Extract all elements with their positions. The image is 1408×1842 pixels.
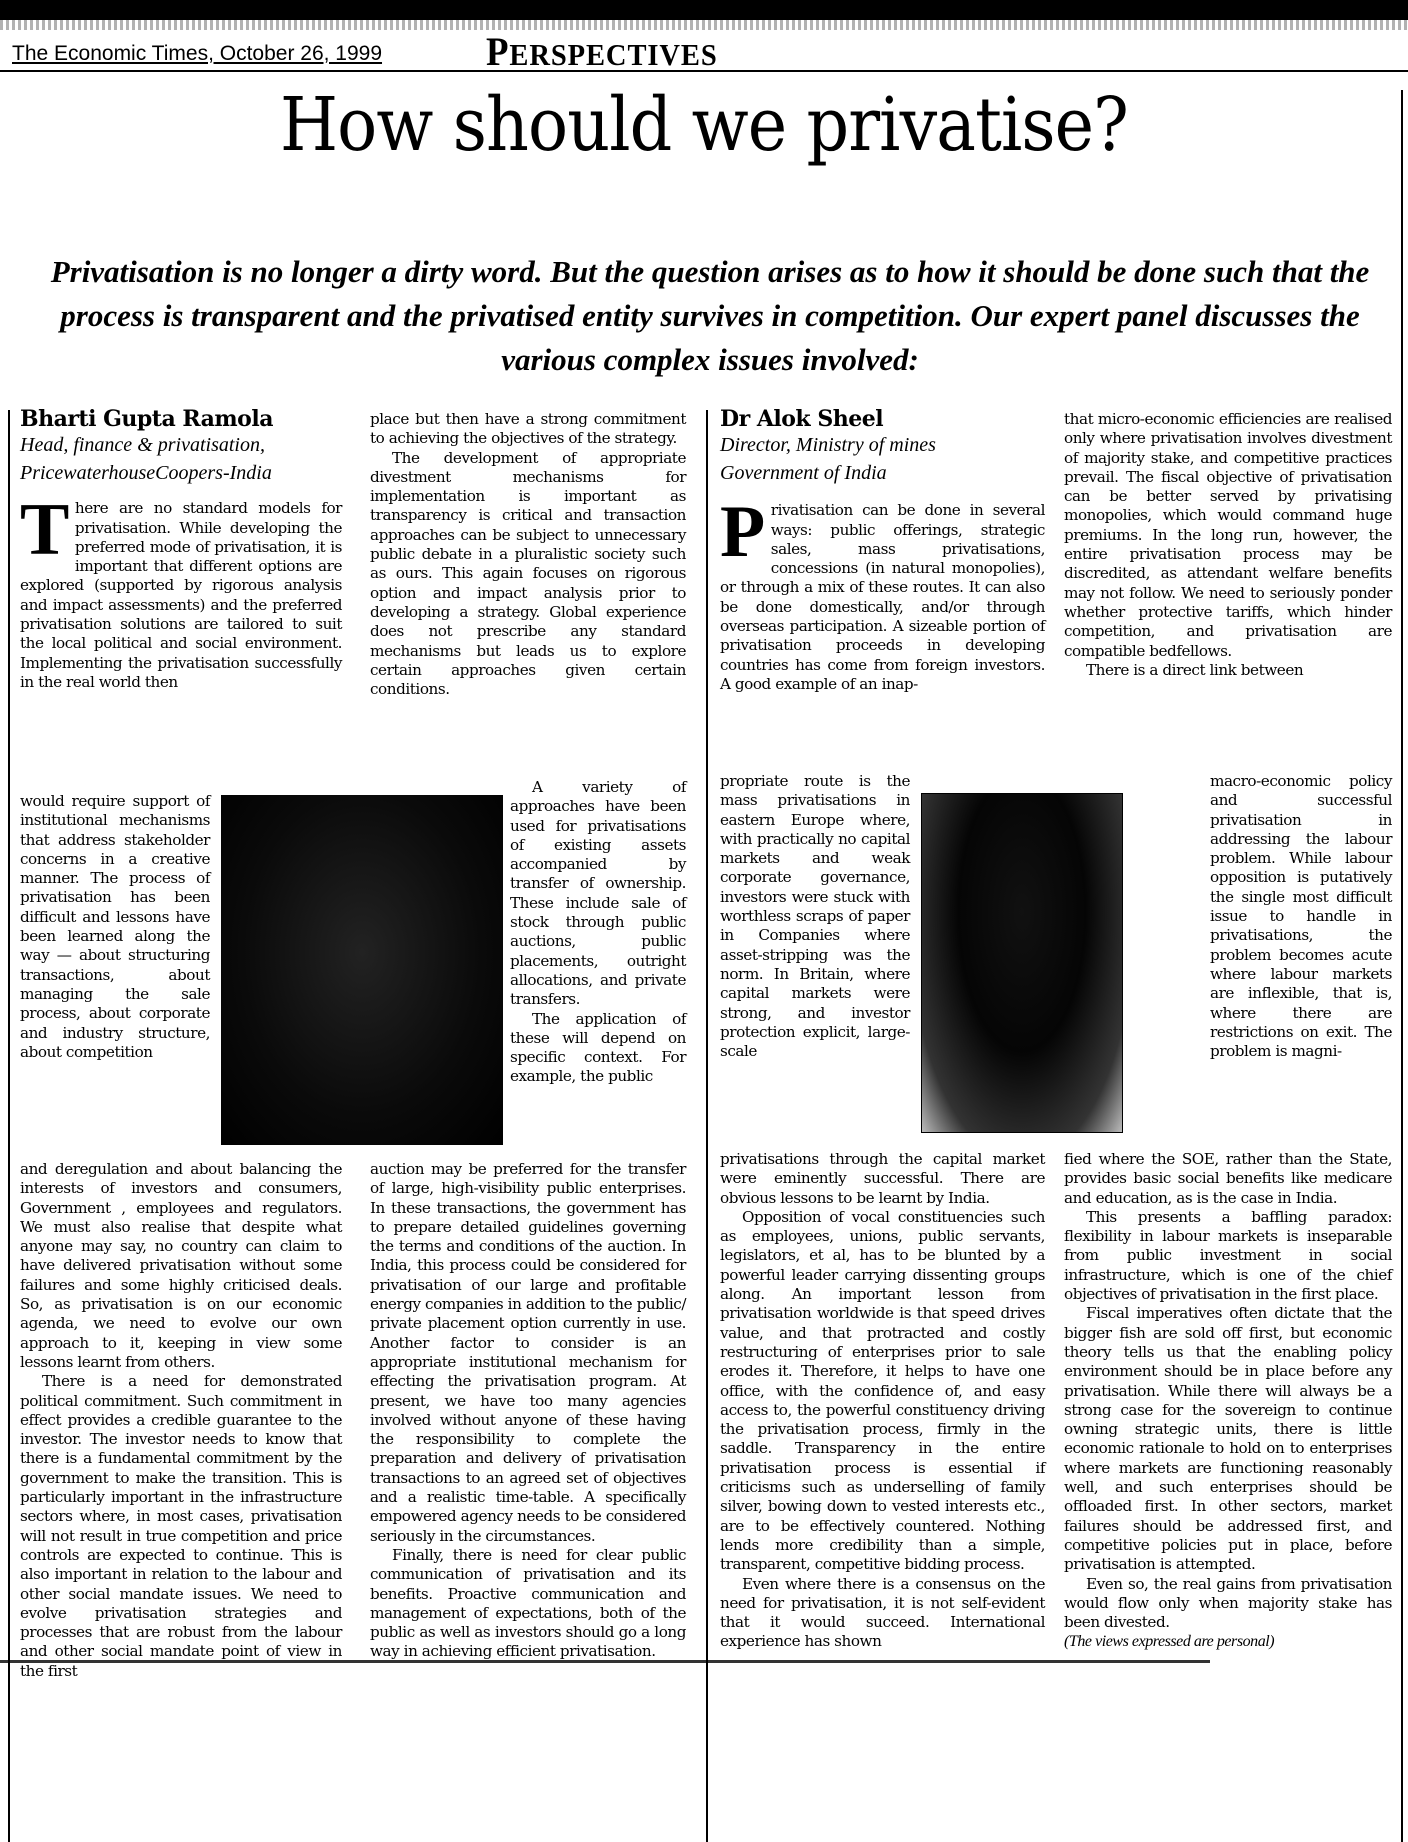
article-paragraph: A variety of approaches have been used f… <box>510 778 686 1010</box>
author-photo-alok-sheel <box>921 793 1123 1133</box>
article-paragraph: auction may be preferred for the transfe… <box>370 1160 686 1546</box>
article2-column4-wrap: macro-economic policy and successful pri… <box>1210 772 1392 1061</box>
article-paragraph: There is a need for demonstrated politic… <box>20 1372 342 1681</box>
author-disclaimer: (The views expressed are personal) <box>1064 1632 1392 1651</box>
author-affiliation: PricewaterhouseCoopers-India <box>20 459 342 487</box>
right-border-rule <box>1401 90 1403 1842</box>
article1-column2-bottom: auction may be preferred for the transfe… <box>370 1160 686 1662</box>
section-title-initial: P <box>486 29 509 74</box>
top-border-bar <box>0 0 1408 20</box>
article1-column2-top: place but then have a strong commitment … <box>370 410 686 699</box>
article-paragraph: This presents a baffling paradox: flexib… <box>1064 1208 1392 1304</box>
article-paragraph: There are no standard models for privati… <box>20 499 342 692</box>
drop-cap: T <box>20 501 69 559</box>
article-paragraph: macro-economic policy and successful pri… <box>1210 772 1392 1061</box>
article-paragraph: Even so, the real gains from privatisati… <box>1064 1575 1392 1633</box>
author-name: Dr Alok Sheel <box>720 410 1045 429</box>
masthead-rule <box>0 70 1408 72</box>
article2-column3-top: Dr Alok Sheel Director, Ministry of mine… <box>720 410 1045 694</box>
article-paragraph: Finally, there is need for clear public … <box>370 1546 686 1662</box>
article-paragraph: Even where there is a consensus on the n… <box>720 1575 1045 1652</box>
author-title: Head, finance & privatisation, <box>20 431 342 459</box>
paragraph-text: rivatisation can be done in several ways… <box>720 501 1045 693</box>
article1-column1-top: Bharti Gupta Ramola Head, finance & priv… <box>20 410 342 692</box>
article1-column1-bottom: and deregulation and about balancing the… <box>20 1160 342 1681</box>
author-affiliation: Government of India <box>720 459 1045 487</box>
article2-column4-bottom: fied where the SOE, rather than the Stat… <box>1064 1150 1392 1652</box>
article-paragraph: and deregulation and about balancing the… <box>20 1160 342 1372</box>
deck-standfirst: Privatisation is no longer a dirty word.… <box>40 250 1380 382</box>
article-paragraph: privatisations through the capital marke… <box>720 1150 1045 1208</box>
publication-date: The Economic Times, October 26, 1999 <box>12 42 382 66</box>
article-paragraph: would require support of institutional m… <box>20 792 210 1062</box>
article2-column3-bottom: privatisations through the capital marke… <box>720 1150 1045 1652</box>
article-paragraph: place but then have a strong commitment … <box>370 410 686 449</box>
article-paragraph: propriate route is the mass privatisatio… <box>720 772 910 1061</box>
article1-column1-wrap: would require support of institutional m… <box>20 792 210 1062</box>
section-title: PERSPECTIVES <box>486 28 718 75</box>
column-rule-left <box>8 410 10 1842</box>
article2-column4-top: that micro-economic efficiencies are rea… <box>1064 410 1392 680</box>
masthead: The Economic Times, October 26, 1999 PER… <box>12 30 1402 70</box>
article-paragraph: Opposition of vocal constituencies such … <box>720 1208 1045 1575</box>
article-paragraph: The application of these will depend on … <box>510 1010 686 1087</box>
section-title-rest: ERSPECTIVES <box>509 37 717 72</box>
column-rule-middle <box>706 410 708 1842</box>
author-title: Director, Ministry of mines <box>720 431 1045 459</box>
article-paragraph: that micro-economic efficiencies are rea… <box>1064 410 1392 661</box>
scan-artifact-line <box>0 1660 1210 1663</box>
article-paragraph: Privatisation can be done in several way… <box>720 501 1045 694</box>
article-paragraph: Fiscal imperatives often dictate that th… <box>1064 1304 1392 1574</box>
drop-cap: P <box>720 503 765 561</box>
article2-column3-wrap: propriate route is the mass privatisatio… <box>720 772 910 1061</box>
article1-column2-wrap: A variety of approaches have been used f… <box>510 778 686 1087</box>
article-paragraph: The development of appropriate divestmen… <box>370 449 686 700</box>
author-name: Bharti Gupta Ramola <box>20 410 342 429</box>
author-photo-bharti-gupta-ramola <box>221 795 503 1145</box>
article-paragraph: There is a direct link between <box>1064 661 1392 680</box>
headline: How should we privatise? <box>70 82 1337 168</box>
article-paragraph: fied where the SOE, rather than the Stat… <box>1064 1150 1392 1208</box>
